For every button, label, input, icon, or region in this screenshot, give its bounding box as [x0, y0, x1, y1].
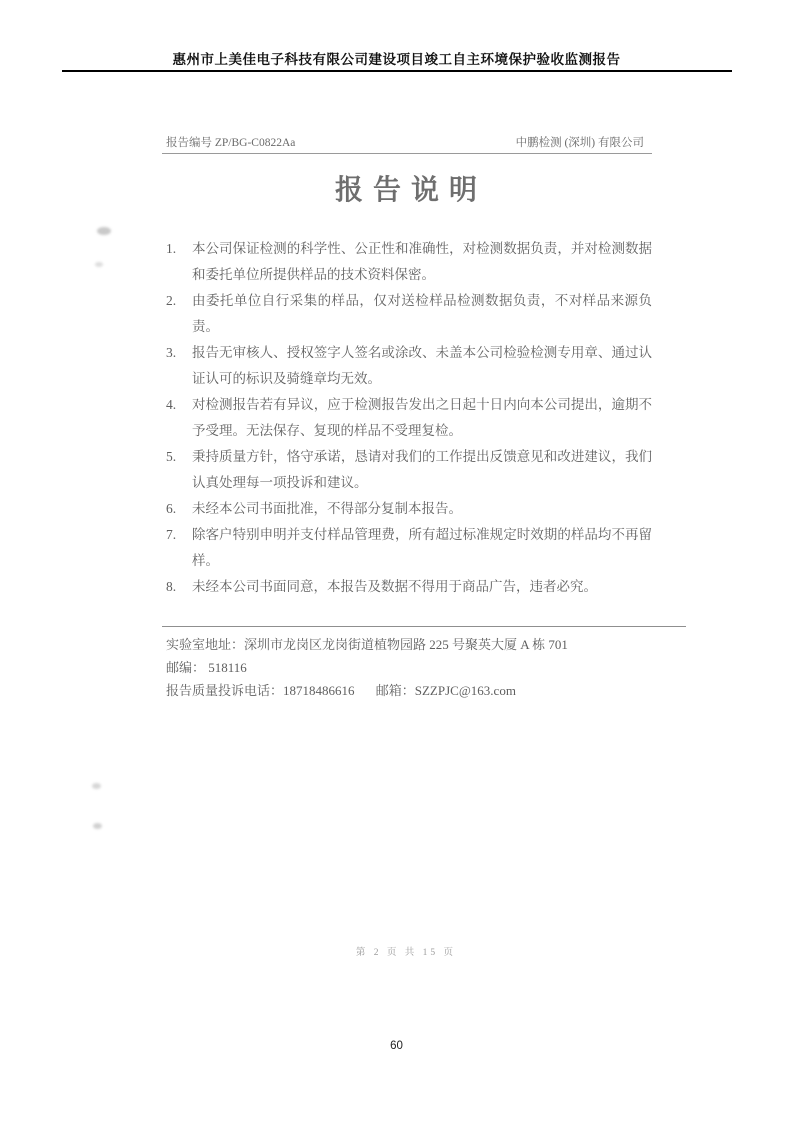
report-number: 报告编号 ZP/BG-C0822Aa: [166, 134, 295, 150]
page-header-title: 惠州市上美佳电子科技有限公司建设项目竣工自主环境保护验收监测报告: [0, 48, 793, 68]
item-number: 6.: [166, 496, 192, 522]
list-item-6: 6. 未经本公司书面批准，不得部分复制本报告。: [166, 496, 652, 522]
list-item-5: 5. 秉持质量方针，恪守承诺，恳请对我们的工作提出反馈意见和改进建议，我们认真处…: [166, 444, 652, 496]
scan-artifact: [93, 823, 102, 829]
item-number: 3.: [166, 340, 192, 392]
scan-artifact: [95, 262, 103, 267]
header-rule: [62, 70, 732, 72]
list-item-3: 3. 报告无审核人、授权签字人签名或涂改、未盖本公司检验检测专用章、通过认证认可…: [166, 340, 652, 392]
item-text: 对检测报告若有异议，应于检测报告发出之日起十日内向本公司提出，逾期不予受理。无法…: [192, 392, 652, 444]
item-number: 5.: [166, 444, 192, 496]
list-item-1: 1. 本公司保证检测的科学性、公正性和准确性，对检测数据负责，并对检测数据和委托…: [166, 236, 652, 288]
doc-title: 报告说明: [160, 168, 652, 208]
item-text: 未经本公司书面同意，本报告及数据不得用于商品广告，违者必究。: [192, 574, 652, 600]
item-text: 报告无审核人、授权签字人签名或涂改、未盖本公司检验检测专用章、通过认证认可的标识…: [192, 340, 652, 392]
item-text: 本公司保证检测的科学性、公正性和准确性，对检测数据负责，并对检测数据和委托单位所…: [192, 236, 652, 288]
email-address: 邮箱：SZZPJC@163.com: [376, 683, 516, 698]
doc-topbar: 报告编号 ZP/BG-C0822Aa 中鹏检测 (深圳) 有限公司: [166, 134, 644, 150]
lab-address: 实验室地址：深圳市龙岗区龙岗街道植物园路 225 号聚英大厦 A 栋 701: [166, 633, 686, 656]
company-name: 中鹏检测 (深圳) 有限公司: [516, 134, 644, 150]
report-notes-list: 1. 本公司保证检测的科学性、公正性和准确性，对检测数据负责，并对检测数据和委托…: [166, 236, 652, 600]
page-number: 60: [0, 1040, 793, 1052]
item-number: 4.: [166, 392, 192, 444]
doc-top-rule: [162, 153, 652, 154]
item-number: 8.: [166, 574, 192, 600]
report-page: 惠州市上美佳电子科技有限公司建设项目竣工自主环境保护验收监测报告 报告编号 ZP…: [0, 0, 793, 1122]
list-item-4: 4. 对检测报告若有异议，应于检测报告发出之日起十日内向本公司提出，逾期不予受理…: [166, 392, 652, 444]
scan-artifact: [97, 227, 111, 235]
doc-page-footer: 第 2 页 共 15 页: [160, 944, 652, 958]
list-item-2: 2. 由委托单位自行采集的样品，仅对送检样品检测数据负责，不对样品来源负责。: [166, 288, 652, 340]
postal-code: 邮编： 518116: [166, 656, 686, 679]
contact-divider-rule: [162, 626, 686, 627]
list-item-7: 7. 除客户特别申明并支付样品管理费，所有超过标准规定时效期的样品均不再留样。: [166, 522, 652, 574]
item-number: 1.: [166, 236, 192, 288]
item-text: 秉持质量方针，恪守承诺，恳请对我们的工作提出反馈意见和改进建议，我们认真处理每一…: [192, 444, 652, 496]
item-text: 未经本公司书面批准，不得部分复制本报告。: [192, 496, 652, 522]
item-text: 除客户特别申明并支付样品管理费，所有超过标准规定时效期的样品均不再留样。: [192, 522, 652, 574]
complaint-phone: 报告质量投诉电话：18718486616: [166, 683, 355, 698]
item-text: 由委托单位自行采集的样品，仅对送检样品检测数据负责，不对样品来源负责。: [192, 288, 652, 340]
scan-artifact: [92, 783, 101, 789]
item-number: 2.: [166, 288, 192, 340]
item-number: 7.: [166, 522, 192, 574]
list-item-8: 8. 未经本公司书面同意，本报告及数据不得用于商品广告，违者必究。: [166, 574, 652, 600]
contact-block: 实验室地址：深圳市龙岗区龙岗街道植物园路 225 号聚英大厦 A 栋 701 邮…: [166, 633, 686, 702]
scanned-report-body: 报告编号 ZP/BG-C0822Aa 中鹏检测 (深圳) 有限公司 报告说明 1…: [160, 132, 692, 982]
phone-email-line: 报告质量投诉电话：18718486616 邮箱：SZZPJC@163.com: [166, 679, 686, 702]
